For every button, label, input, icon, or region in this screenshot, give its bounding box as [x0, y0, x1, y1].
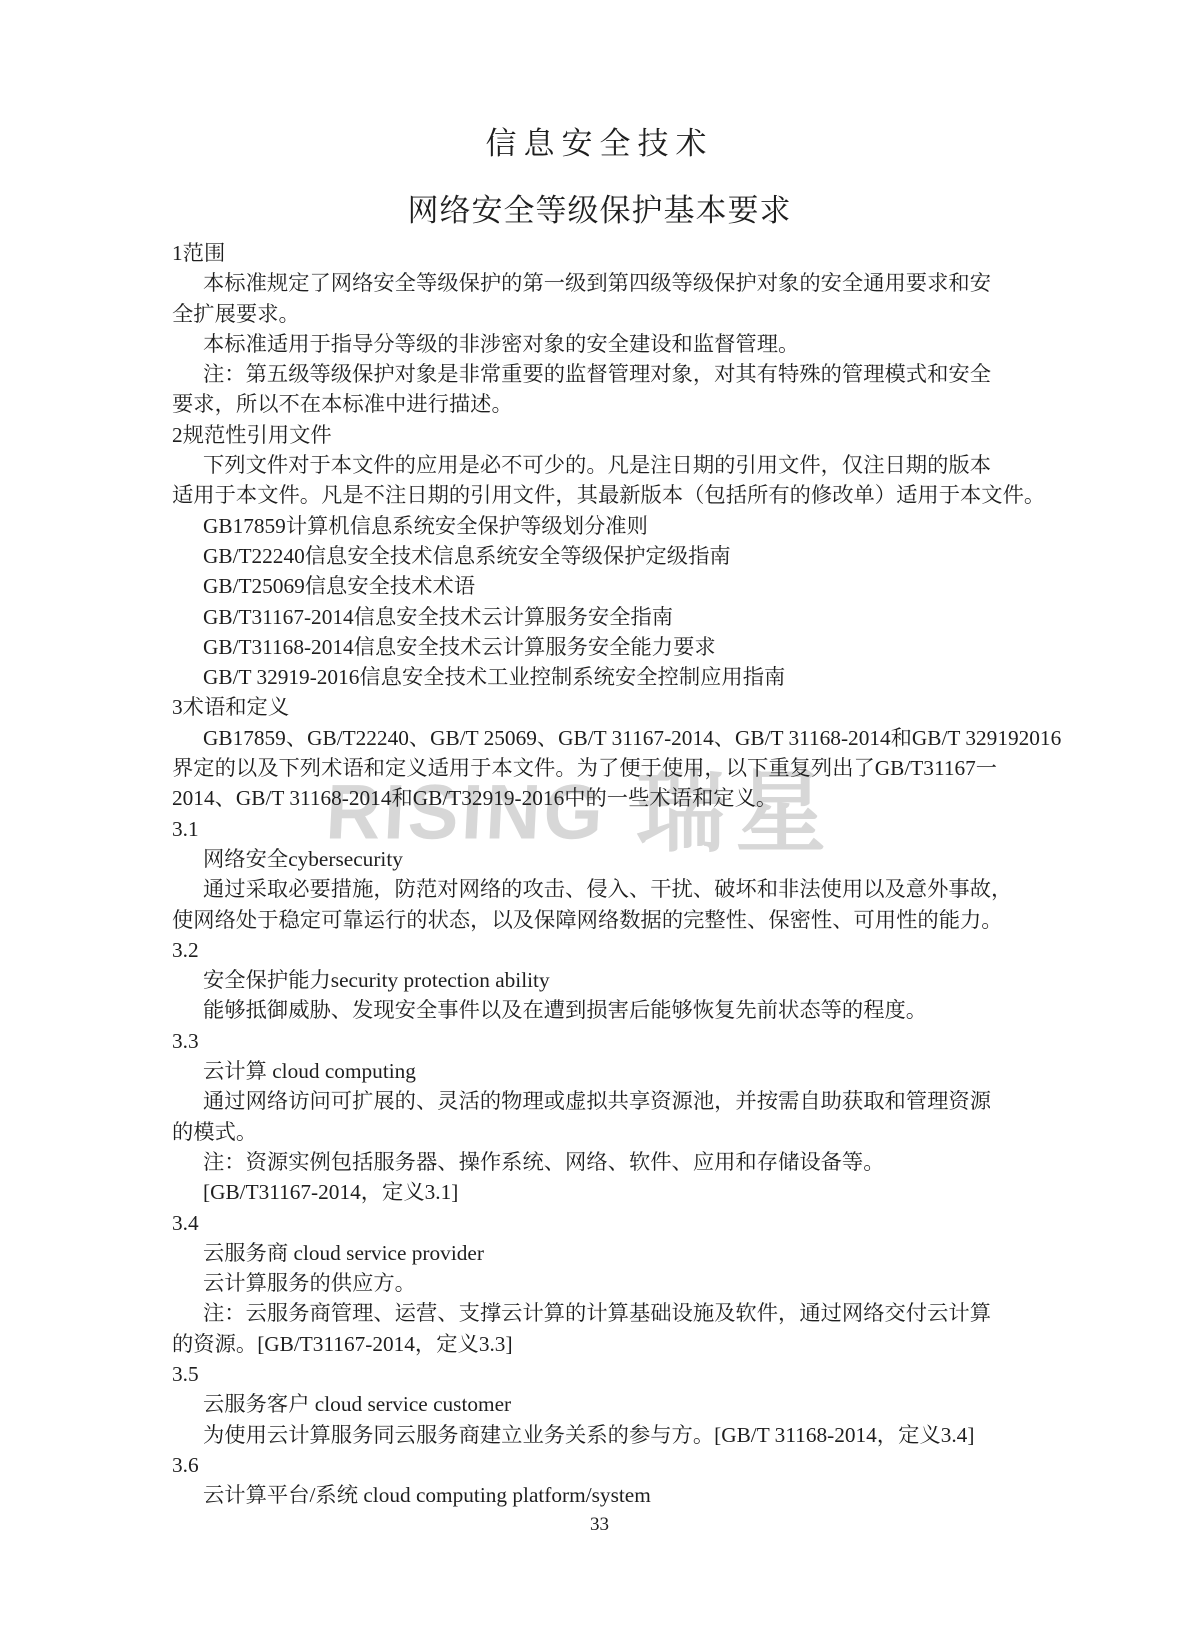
- text-line: 要求，所以不在本标准中进行描述。: [172, 389, 1032, 419]
- text-line: 全扩展要求。: [172, 299, 1032, 329]
- section-heading: 1范围: [172, 238, 1032, 268]
- text-line: 界定的以及下列术语和定义适用于本文件。为了便于使用，以下重复列出了GB/T311…: [172, 753, 1032, 783]
- section-heading: 3.4: [172, 1208, 1032, 1238]
- text-line: 能够抵御威胁、发现安全事件以及在遭到损害后能够恢复先前状态等的程度。: [172, 995, 1032, 1025]
- text-line: 下列文件对于本文件的应用是必不可少的。凡是注日期的引用文件，仅注日期的版本: [172, 450, 1032, 480]
- text-line: 的资源。[GB/T31167-2014，定义3.3]: [172, 1329, 1032, 1359]
- text-line: 本标准适用于指导分等级的非涉密对象的安全建设和监督管理。: [172, 329, 1032, 359]
- text-line: 通过网络访问可扩展的、灵活的物理或虚拟共享资源池，并按需自助获取和管理资源: [172, 1086, 1032, 1116]
- text-line: 云计算 cloud computing: [172, 1056, 1032, 1086]
- text-line: 云计算平台/系统 cloud computing platform/system: [172, 1480, 1032, 1510]
- section-heading: 3.6: [172, 1450, 1032, 1480]
- text-line: 通过采取必要措施，防范对网络的攻击、侵入、干扰、破坏和非法使用以及意外事故，: [172, 874, 1032, 904]
- text-line: 网络安全cybersecurity: [172, 844, 1032, 874]
- text-line: GB/T25069信息安全技术术语: [172, 571, 1032, 601]
- document-page: RISING 瑞星 信息安全技术 网络安全等级保护基本要求 1范围本标准规定了网…: [0, 0, 1199, 1627]
- text-line: GB/T22240信息安全技术信息系统安全等级保护定级指南: [172, 541, 1032, 571]
- section-heading: 3.2: [172, 935, 1032, 965]
- text-line: 安全保护能力security protection ability: [172, 965, 1032, 995]
- text-line: 适用于本文件。凡是不注日期的引用文件，其最新版本（包括所有的修改单）适用于本文件…: [172, 480, 1032, 510]
- page-number: 33: [0, 1514, 1199, 1536]
- text-line: GB/T31168-2014信息安全技术云计算服务安全能力要求: [172, 632, 1032, 662]
- document-title-line1: 信息安全技术: [0, 118, 1199, 163]
- text-line: [GB/T31167-2014，定义3.1]: [172, 1177, 1032, 1207]
- section-heading: 2规范性引用文件: [172, 420, 1032, 450]
- text-line: GB17859计算机信息系统安全保护等级划分准则: [172, 511, 1032, 541]
- text-line: 本标准规定了网络安全等级保护的第一级到第四级等级保护对象的安全通用要求和安: [172, 268, 1032, 298]
- text-line: 2014、GB/T 31168-2014和GB/T32919-2016中的一些术…: [172, 783, 1032, 813]
- document-title-line2: 网络安全等级保护基本要求: [0, 185, 1199, 230]
- text-line: 注：资源实例包括服务器、操作系统、网络、软件、应用和存储设备等。: [172, 1147, 1032, 1177]
- text-line: 的模式。: [172, 1117, 1032, 1147]
- text-line: GB17859、GB/T22240、GB/T 25069、GB/T 31167-…: [172, 723, 1032, 753]
- section-heading: 3术语和定义: [172, 692, 1032, 722]
- section-heading: 3.1: [172, 814, 1032, 844]
- text-line: 注：第五级等级保护对象是非常重要的监督管理对象，对其有特殊的管理模式和安全: [172, 359, 1032, 389]
- text-line: 使网络处于稳定可靠运行的状态，以及保障网络数据的完整性、保密性、可用性的能力。: [172, 905, 1032, 935]
- text-line: 云计算服务的供应方。: [172, 1268, 1032, 1298]
- text-line: 云服务商 cloud service provider: [172, 1238, 1032, 1268]
- section-heading: 3.3: [172, 1026, 1032, 1056]
- text-line: GB/T 32919-2016信息安全技术工业控制系统安全控制应用指南: [172, 662, 1032, 692]
- text-line: 注：云服务商管理、运营、支撑云计算的计算基础设施及软件，通过网络交付云计算: [172, 1298, 1032, 1328]
- text-line: GB/T31167-2014信息安全技术云计算服务安全指南: [172, 602, 1032, 632]
- document-body: 1范围本标准规定了网络安全等级保护的第一级到第四级等级保护对象的安全通用要求和安…: [172, 238, 1032, 1510]
- section-heading: 3.5: [172, 1359, 1032, 1389]
- text-line: 云服务客户 cloud service customer: [172, 1389, 1032, 1419]
- text-line: 为使用云计算服务同云服务商建立业务关系的参与方。[GB/T 31168-2014…: [172, 1420, 1032, 1450]
